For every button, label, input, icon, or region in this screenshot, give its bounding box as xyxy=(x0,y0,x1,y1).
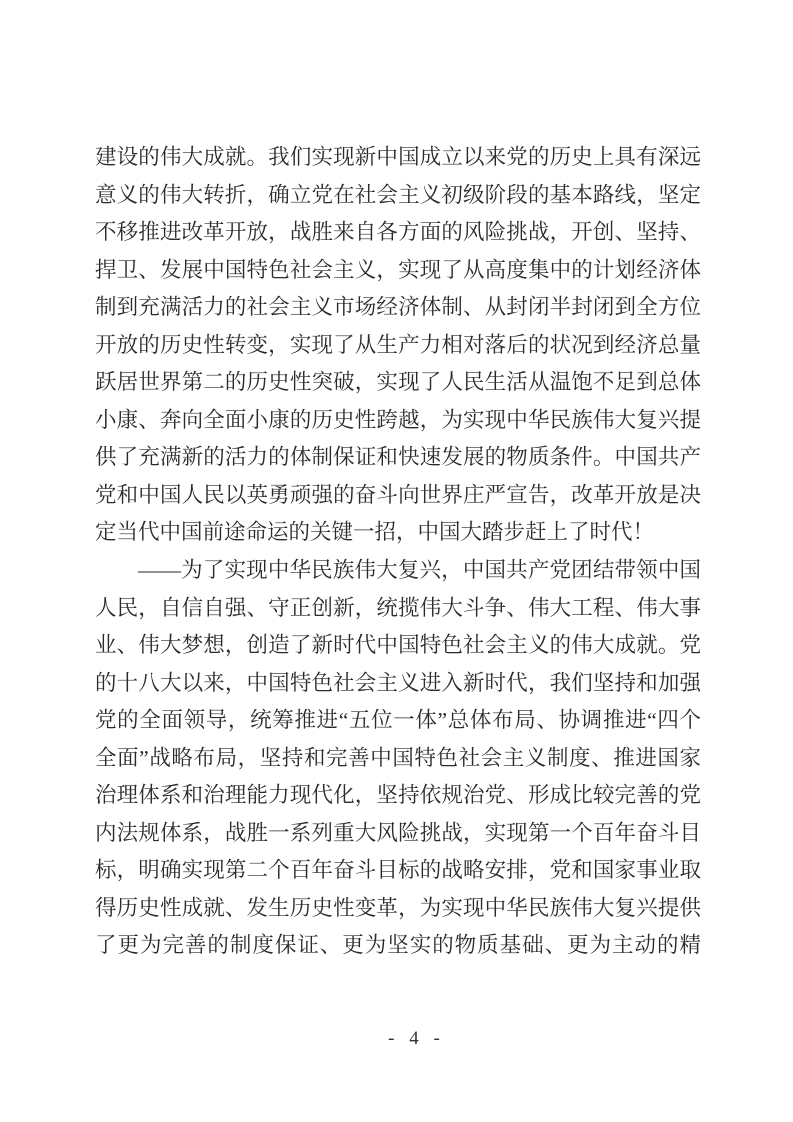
document-body: 建设的伟大成就。我们实现新中国成立以来党的历史上具有深远意义的伟大转折，确立党在… xyxy=(95,139,701,965)
page-footer: - 4 - xyxy=(0,1028,793,1050)
document-page: 建设的伟大成就。我们实现新中国成立以来党的历史上具有深远意义的伟大转折，确立党在… xyxy=(0,0,793,1122)
paragraph-continuation: 建设的伟大成就。我们实现新中国成立以来党的历史上具有深远意义的伟大转折，确立党在… xyxy=(95,139,701,552)
paragraph-dash-item: ——为了实现中华民族伟大复兴，中国共产党团结带领中国人民，自信自强、守正创新，统… xyxy=(95,552,701,965)
page-number: - 4 - xyxy=(388,1028,445,1049)
